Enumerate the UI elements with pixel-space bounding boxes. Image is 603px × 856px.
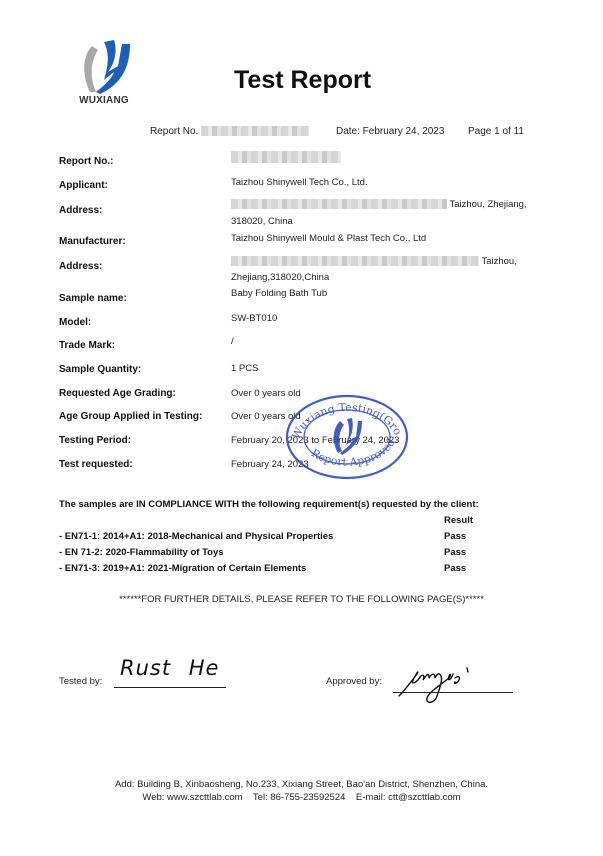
field-label-model: Model:	[59, 317, 91, 328]
requirement-result: Pass	[444, 563, 466, 574]
requirement-result: Pass	[444, 547, 466, 558]
redacted-report-number	[201, 126, 309, 136]
field-label-manufacturer-address: Address:	[59, 261, 102, 272]
field-value-applicant-address: Taizhou, Zhejiang,	[231, 199, 527, 210]
field-value-manufacturer-address-line2: Zhejiang,318020,China	[231, 272, 329, 283]
approved-by-line	[393, 692, 513, 693]
field-label-requested-age: Requested Age Grading:	[59, 388, 176, 399]
footer-contact: Web: www.szcttlab.com Tel: 86-755-235925…	[0, 792, 603, 803]
address-suffix: Taizhou,	[481, 256, 516, 267]
requirement-item: - EN 71-2: 2020-Flammability of Toys	[59, 547, 224, 558]
field-label-manufacturer: Manufacturer:	[59, 236, 126, 247]
field-label-report-no: Report No.:	[59, 156, 113, 167]
compliance-statement: The samples are IN COMPLIANCE WITH the f…	[59, 499, 479, 510]
field-label-sample-name: Sample name:	[59, 293, 127, 304]
redacted-address	[231, 199, 447, 209]
field-value-sample-name: Baby Folding Bath Tub	[231, 288, 327, 299]
tested-by-label: Tested by:	[59, 676, 102, 687]
redacted-report-no	[231, 151, 341, 163]
report-date: Date: February 24, 2023	[336, 126, 444, 137]
requirement-item: - EN71-1: 2014+A1: 2018-Mechanical and P…	[59, 531, 333, 542]
requirement-item: - EN71-3: 2019+A1: 2021-Migration of Cer…	[59, 563, 306, 574]
address-suffix: Taizhou, Zhejiang,	[449, 199, 526, 210]
field-label-testing-period: Testing Period:	[59, 435, 131, 446]
redacted-address	[231, 256, 479, 266]
result-header: Result	[444, 515, 473, 526]
field-label-applicant-address: Address:	[59, 205, 102, 216]
field-value-manufacturer: Taizhou Shinywell Mould & Plast Tech Co.…	[231, 233, 426, 244]
requirement-result: Pass	[444, 531, 466, 542]
approval-stamp: Wuxiang Testing(Group) Lab Report Approv…	[284, 393, 410, 481]
tested-by-line	[114, 687, 226, 688]
field-label-test-requested: Test requested:	[59, 459, 133, 470]
svg-text:Wuxiang Testing(Group) Lab: Wuxiang Testing(Group) Lab	[284, 393, 405, 441]
logo-text: WUXIANG	[74, 95, 134, 106]
stamp-top-text: Wuxiang Testing(Group) Lab	[284, 393, 405, 441]
page-title: Test Report	[234, 66, 371, 95]
field-label-applicant: Applicant:	[59, 180, 108, 191]
further-details-note: ******FOR FURTHER DETAILS, PLEASE REFER …	[0, 594, 603, 605]
field-value-sample-quantity: 1 PCS	[231, 363, 258, 374]
approved-by-signature	[395, 660, 495, 706]
tested-by-signature: Rust He	[120, 656, 219, 680]
footer-address: Add: Building B, Xinbaosheng, No.233, Xi…	[0, 779, 603, 790]
field-label-age-group: Age Group Applied in Testing:	[59, 411, 202, 422]
report-no-label: Report No.	[150, 126, 198, 137]
report-number-meta: Report No.	[150, 126, 309, 137]
field-value-applicant-address-line2: 318020, China	[231, 216, 293, 227]
page-indicator: Page 1 of 11	[468, 126, 524, 137]
field-value-manufacturer-address: Taizhou,	[231, 256, 517, 267]
wuxiang-logo-icon	[74, 36, 134, 98]
approved-by-label: Approved by:	[326, 676, 382, 687]
field-label-trade-mark: Trade Mark:	[59, 340, 115, 351]
field-value-applicant: Taizhou Shinywell Tech Co., Ltd.	[231, 177, 368, 188]
field-value-model: SW-BT010	[231, 313, 277, 324]
field-value-trade-mark: /	[231, 336, 234, 347]
field-label-sample-quantity: Sample Quantity:	[59, 364, 141, 375]
